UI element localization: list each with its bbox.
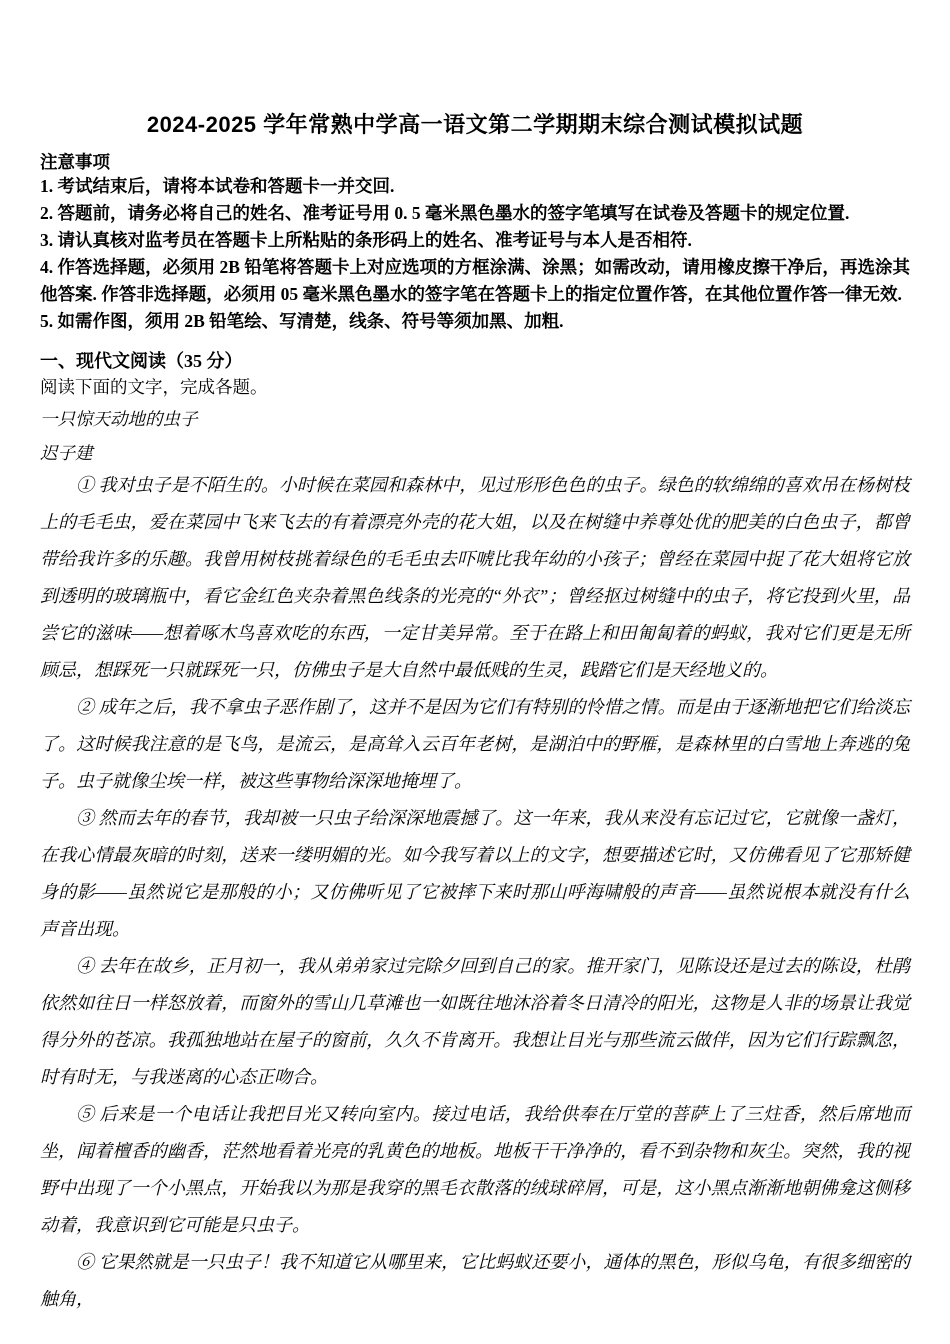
notice-item: 2. 答题前，请务必将自己的姓名、准考证号用 0. 5 毫米黑色墨水的签字笔填写… — [40, 200, 910, 227]
document-page: 2024-2025 学年常熟中学高一语文第二学期期末综合测试模拟试题 注意事项 … — [0, 0, 950, 1344]
article-paragraph: ⑤ 后来是一个电话让我把目光又转向室内。接过电话，我给供奉在厅堂的菩萨上了三炷香… — [40, 1096, 910, 1244]
article-paragraph: ④ 去年在故乡，正月初一，我从弟弟家过完除夕回到自己的家。推开家门，见陈设还是过… — [40, 948, 910, 1096]
article-paragraph: ③ 然而去年的春节，我却被一只虫子给深深地震撼了。这一年来，我从来没有忘记过它，… — [40, 800, 910, 948]
section-heading: 一、现代文阅读（35 分） — [40, 349, 910, 373]
article-paragraph: ② 成年之后，我不拿虫子恶作剧了，这并不是因为它们有特别的怜惜之情。而是由于逐渐… — [40, 689, 910, 800]
reading-instruction: 阅读下面的文字，完成各题。 — [40, 375, 910, 399]
article-paragraph: ⑥ 它果然就是一只虫子！我不知道它从哪里来，它比蚂蚁还要小，通体的黑色，形似乌龟… — [40, 1244, 910, 1318]
notice-section: 注意事项 1. 考试结束后，请将本试卷和答题卡一并交回. 2. 答题前，请务必将… — [40, 151, 910, 335]
notice-item: 3. 请认真核对监考员在答题卡上所粘贴的条形码上的姓名、准考证号与本人是否相符. — [40, 227, 910, 254]
article-author: 迟子建 — [40, 442, 910, 464]
article-body: ① 我对虫子是不陌生的。小时候在菜园和森林中，见过形形色色的虫子。绿色的软绵绵的… — [40, 467, 910, 1318]
article-title: 一只惊天动地的虫子 — [40, 408, 910, 430]
notice-item: 5. 如需作图，须用 2B 铅笔绘、写清楚，线条、符号等须加黑、加粗. — [40, 308, 910, 335]
page-title: 2024-2025 学年常熟中学高一语文第二学期期末综合测试模拟试题 — [40, 110, 910, 140]
notice-item: 1. 考试结束后，请将本试卷和答题卡一并交回. — [40, 173, 910, 200]
notice-heading: 注意事项 — [40, 151, 910, 173]
notice-item: 4. 作答选择题，必须用 2B 铅笔将答题卡上对应选项的方框涂满、涂黑；如需改动… — [40, 254, 910, 308]
article-paragraph: ① 我对虫子是不陌生的。小时候在菜园和森林中，见过形形色色的虫子。绿色的软绵绵的… — [40, 467, 910, 689]
